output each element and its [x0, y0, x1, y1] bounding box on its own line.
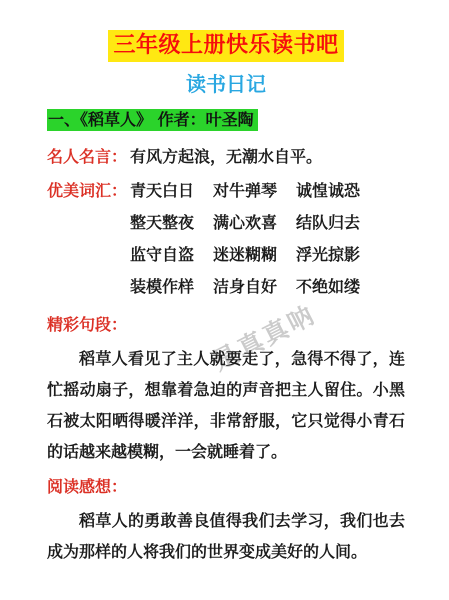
vocab-word: 浮光掠影: [296, 244, 364, 265]
quote-text: 有风方起浪，无潮水自平。: [130, 146, 322, 167]
vocab-word: 装模作样: [130, 276, 198, 297]
vocab-word: 不绝如缕: [296, 276, 364, 297]
passage-label: 精彩句段：: [47, 314, 405, 335]
vocab-word: 洁身自好: [213, 276, 281, 297]
vocab-row: 青天白日 对牛弹琴 诚惶诚恐: [130, 180, 364, 212]
vocab-grid: 青天白日 对牛弹琴 诚惶诚恐 整天整夜 满心欢喜 结队归去 监守自盗 迷迷糊糊 …: [130, 180, 364, 308]
quote-row: 名人名言： 有风方起浪，无潮水自平。: [47, 146, 405, 167]
page-content: 三年级上册快乐读书吧 读书日记 一、《稻草人》 作者：叶圣陶 名人名言： 有风方…: [47, 30, 405, 567]
book-section-header: 一、《稻草人》 作者：叶圣陶: [47, 109, 258, 131]
page-subtitle: 读书日记: [47, 71, 405, 97]
vocab-word: 迷迷糊糊: [213, 244, 281, 265]
document-page: 是真真呐 三年级上册快乐读书吧 读书日记 一、《稻草人》 作者：叶圣陶 名人名言…: [0, 0, 449, 600]
vocab-word: 对牛弹琴: [213, 180, 281, 201]
title-row: 三年级上册快乐读书吧: [47, 30, 405, 62]
page-title: 三年级上册快乐读书吧: [108, 30, 343, 62]
vocab-section: 优美词汇： 青天白日 对牛弹琴 诚惶诚恐 整天整夜 满心欢喜 结队归去 监守自盗…: [47, 180, 405, 308]
vocab-word: 结队归去: [296, 212, 364, 233]
section-row: 一、《稻草人》 作者：叶圣陶: [47, 109, 405, 131]
reflection-label: 阅读感想：: [47, 476, 405, 497]
vocab-word: 整天整夜: [130, 212, 198, 233]
quote-label: 名人名言：: [47, 146, 130, 167]
vocab-word: 诚惶诚恐: [296, 180, 364, 201]
vocab-row: 整天整夜 满心欢喜 结队归去: [130, 212, 364, 244]
reflection-text: 稻草人的勇敢善良值得我们去学习，我们也去成为那样的人将我们的世界变成美好的人间。: [47, 505, 405, 567]
vocab-row: 装模作样 洁身自好 不绝如缕: [130, 276, 364, 308]
passage-text: 稻草人看见了主人就要走了，急得不得了，连忙摇动扇子，想靠着急迫的声音把主人留住。…: [47, 343, 405, 467]
vocab-word: 青天白日: [130, 180, 198, 201]
vocab-word: 满心欢喜: [213, 212, 281, 233]
vocab-word: 监守自盗: [130, 244, 198, 265]
vocab-label: 优美词汇：: [47, 180, 130, 201]
vocab-row: 监守自盗 迷迷糊糊 浮光掠影: [130, 244, 364, 276]
